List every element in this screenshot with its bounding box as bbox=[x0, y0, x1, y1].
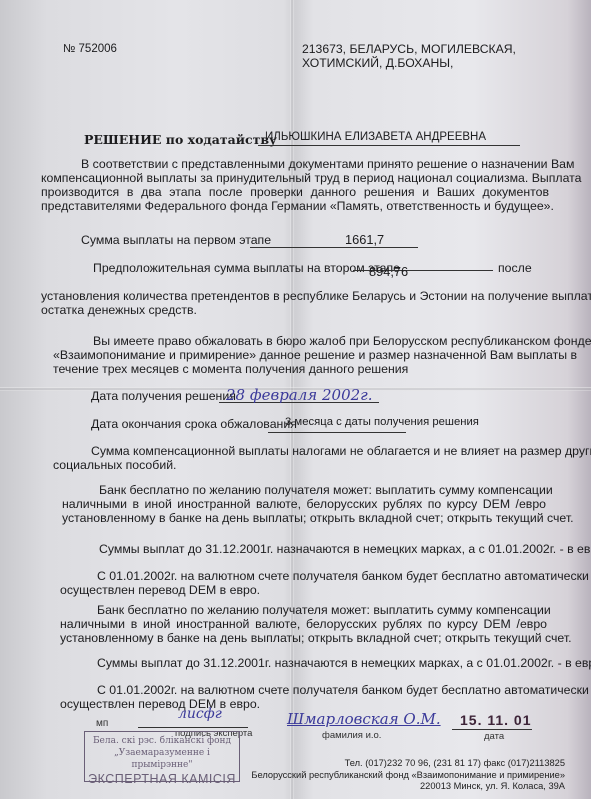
recipient-address-line1: 213673, БЕЛАРУСЬ, МОГИЛЕВСКАЯ, bbox=[302, 42, 516, 56]
text-line: «Взаимопонимание и примирение» данное ре… bbox=[53, 348, 549, 362]
stamp-line1: Бела. скі рэс. бліканскі фонд bbox=[85, 735, 239, 747]
text-line: социальных пособий. bbox=[53, 458, 176, 472]
footer-address: 220013 Минск, ул. Я. Коласа, 39А bbox=[251, 781, 565, 793]
footer-phones: Тел. (017)232 70 96, (231 81 17) факс (0… bbox=[251, 758, 565, 770]
text-line: остатка денежных средств. bbox=[41, 303, 197, 317]
text-line: представителями Федерального фонда Герма… bbox=[41, 199, 554, 213]
date-underline bbox=[452, 729, 532, 730]
second-stage-label: Предположительная сумма выплаты на второ… bbox=[93, 261, 400, 275]
date-stamp-value: 15. 11. 01 bbox=[460, 712, 532, 728]
name-signature: Шмарловская О.М. bbox=[287, 710, 441, 728]
text-line: Банк бесплатно по желанию получателя мож… bbox=[97, 603, 547, 617]
applicant-name: ИЛЬЮШКИНА ЕЛИЗАВЕТА АНДРЕЕВНА bbox=[265, 130, 486, 144]
expert-signature: лисфг bbox=[178, 706, 222, 722]
first-stage-label: Сумма выплаты на первом этапе bbox=[81, 233, 271, 247]
document-number: № 752006 bbox=[63, 42, 117, 56]
text-line: течение трех месяцев с момента получения… bbox=[53, 362, 408, 376]
deadline-underline bbox=[268, 432, 406, 433]
text-line: С 01.01.2002г. на валютном счете получат… bbox=[97, 683, 547, 697]
name-label: фамилия и.о. bbox=[322, 730, 381, 741]
footer-organization: Белорусский республиканский фонд «Взаимо… bbox=[251, 770, 565, 782]
stamp-line3: ЭКСПЕРТНАЯ КАМІСІЯ bbox=[85, 773, 239, 785]
date-label: дата bbox=[484, 731, 504, 742]
text-line: производится в два этапа после проверки … bbox=[41, 185, 549, 199]
footer-contacts: Тел. (017)232 70 96, (231 81 17) факс (0… bbox=[251, 758, 565, 793]
applicant-underline bbox=[258, 145, 520, 146]
stamp-line2: „Узаемаразуменне і прымірэнне" bbox=[85, 747, 239, 771]
text-line: установленному в банке на день выплаты; … bbox=[62, 511, 574, 525]
first-stage-value: 1661,7 bbox=[345, 233, 384, 247]
expert-commission-stamp: Бела. скі рэс. бліканскі фонд „Узаемараз… bbox=[84, 731, 240, 782]
deadline-value: 3 месяца с даты получения решения bbox=[285, 415, 479, 429]
text-line: Сумма компенсационной выплаты налогами н… bbox=[91, 444, 591, 458]
text-line: Суммы выплат до 31.12.2001г. назначаются… bbox=[97, 656, 591, 670]
received-date-value: 28 февраля 2002г. bbox=[226, 386, 373, 404]
second-stage-suffix: после bbox=[498, 261, 532, 275]
seal-label: мп bbox=[96, 718, 108, 729]
received-date-label: Дата получения решения bbox=[91, 389, 236, 403]
text-line: Вы имеете право обжаловать в бюро жалоб … bbox=[93, 334, 549, 348]
text-line: установленному в банке на день выплаты; … bbox=[60, 631, 572, 645]
text-line: осуществлен перевод DEM в евро. bbox=[60, 697, 260, 711]
decision-title: РЕШЕНИЕ по ходатайству bbox=[84, 133, 277, 147]
text-line: наличными в иной иностранной валюте, бел… bbox=[62, 497, 546, 511]
deadline-label: Дата окончания срока обжалования bbox=[91, 417, 297, 431]
text-line: наличными в иной иностранной валюте, бел… bbox=[60, 617, 547, 631]
recipient-address-line2: ХОТИМСКИЙ, Д.БОХАНЫ, bbox=[302, 56, 453, 70]
text-line: С 01.01.2002г. на валютном счете получат… bbox=[97, 569, 547, 583]
text-line: осуществлен перевод DEM в евро. bbox=[60, 583, 260, 597]
text-line: установления количества претендентов в р… bbox=[41, 289, 591, 303]
text-line: Банк бесплатно по желанию получателя мож… bbox=[99, 483, 546, 497]
first-stage-underline bbox=[250, 247, 418, 248]
text-line: В соответствии с представленными докумен… bbox=[81, 157, 574, 171]
text-line: компенсационной выплаты за принудительны… bbox=[41, 171, 549, 185]
second-stage-value: 894,76 bbox=[369, 265, 408, 279]
text-line: Суммы выплат до 31.12.2001г. назначаются… bbox=[99, 542, 591, 556]
